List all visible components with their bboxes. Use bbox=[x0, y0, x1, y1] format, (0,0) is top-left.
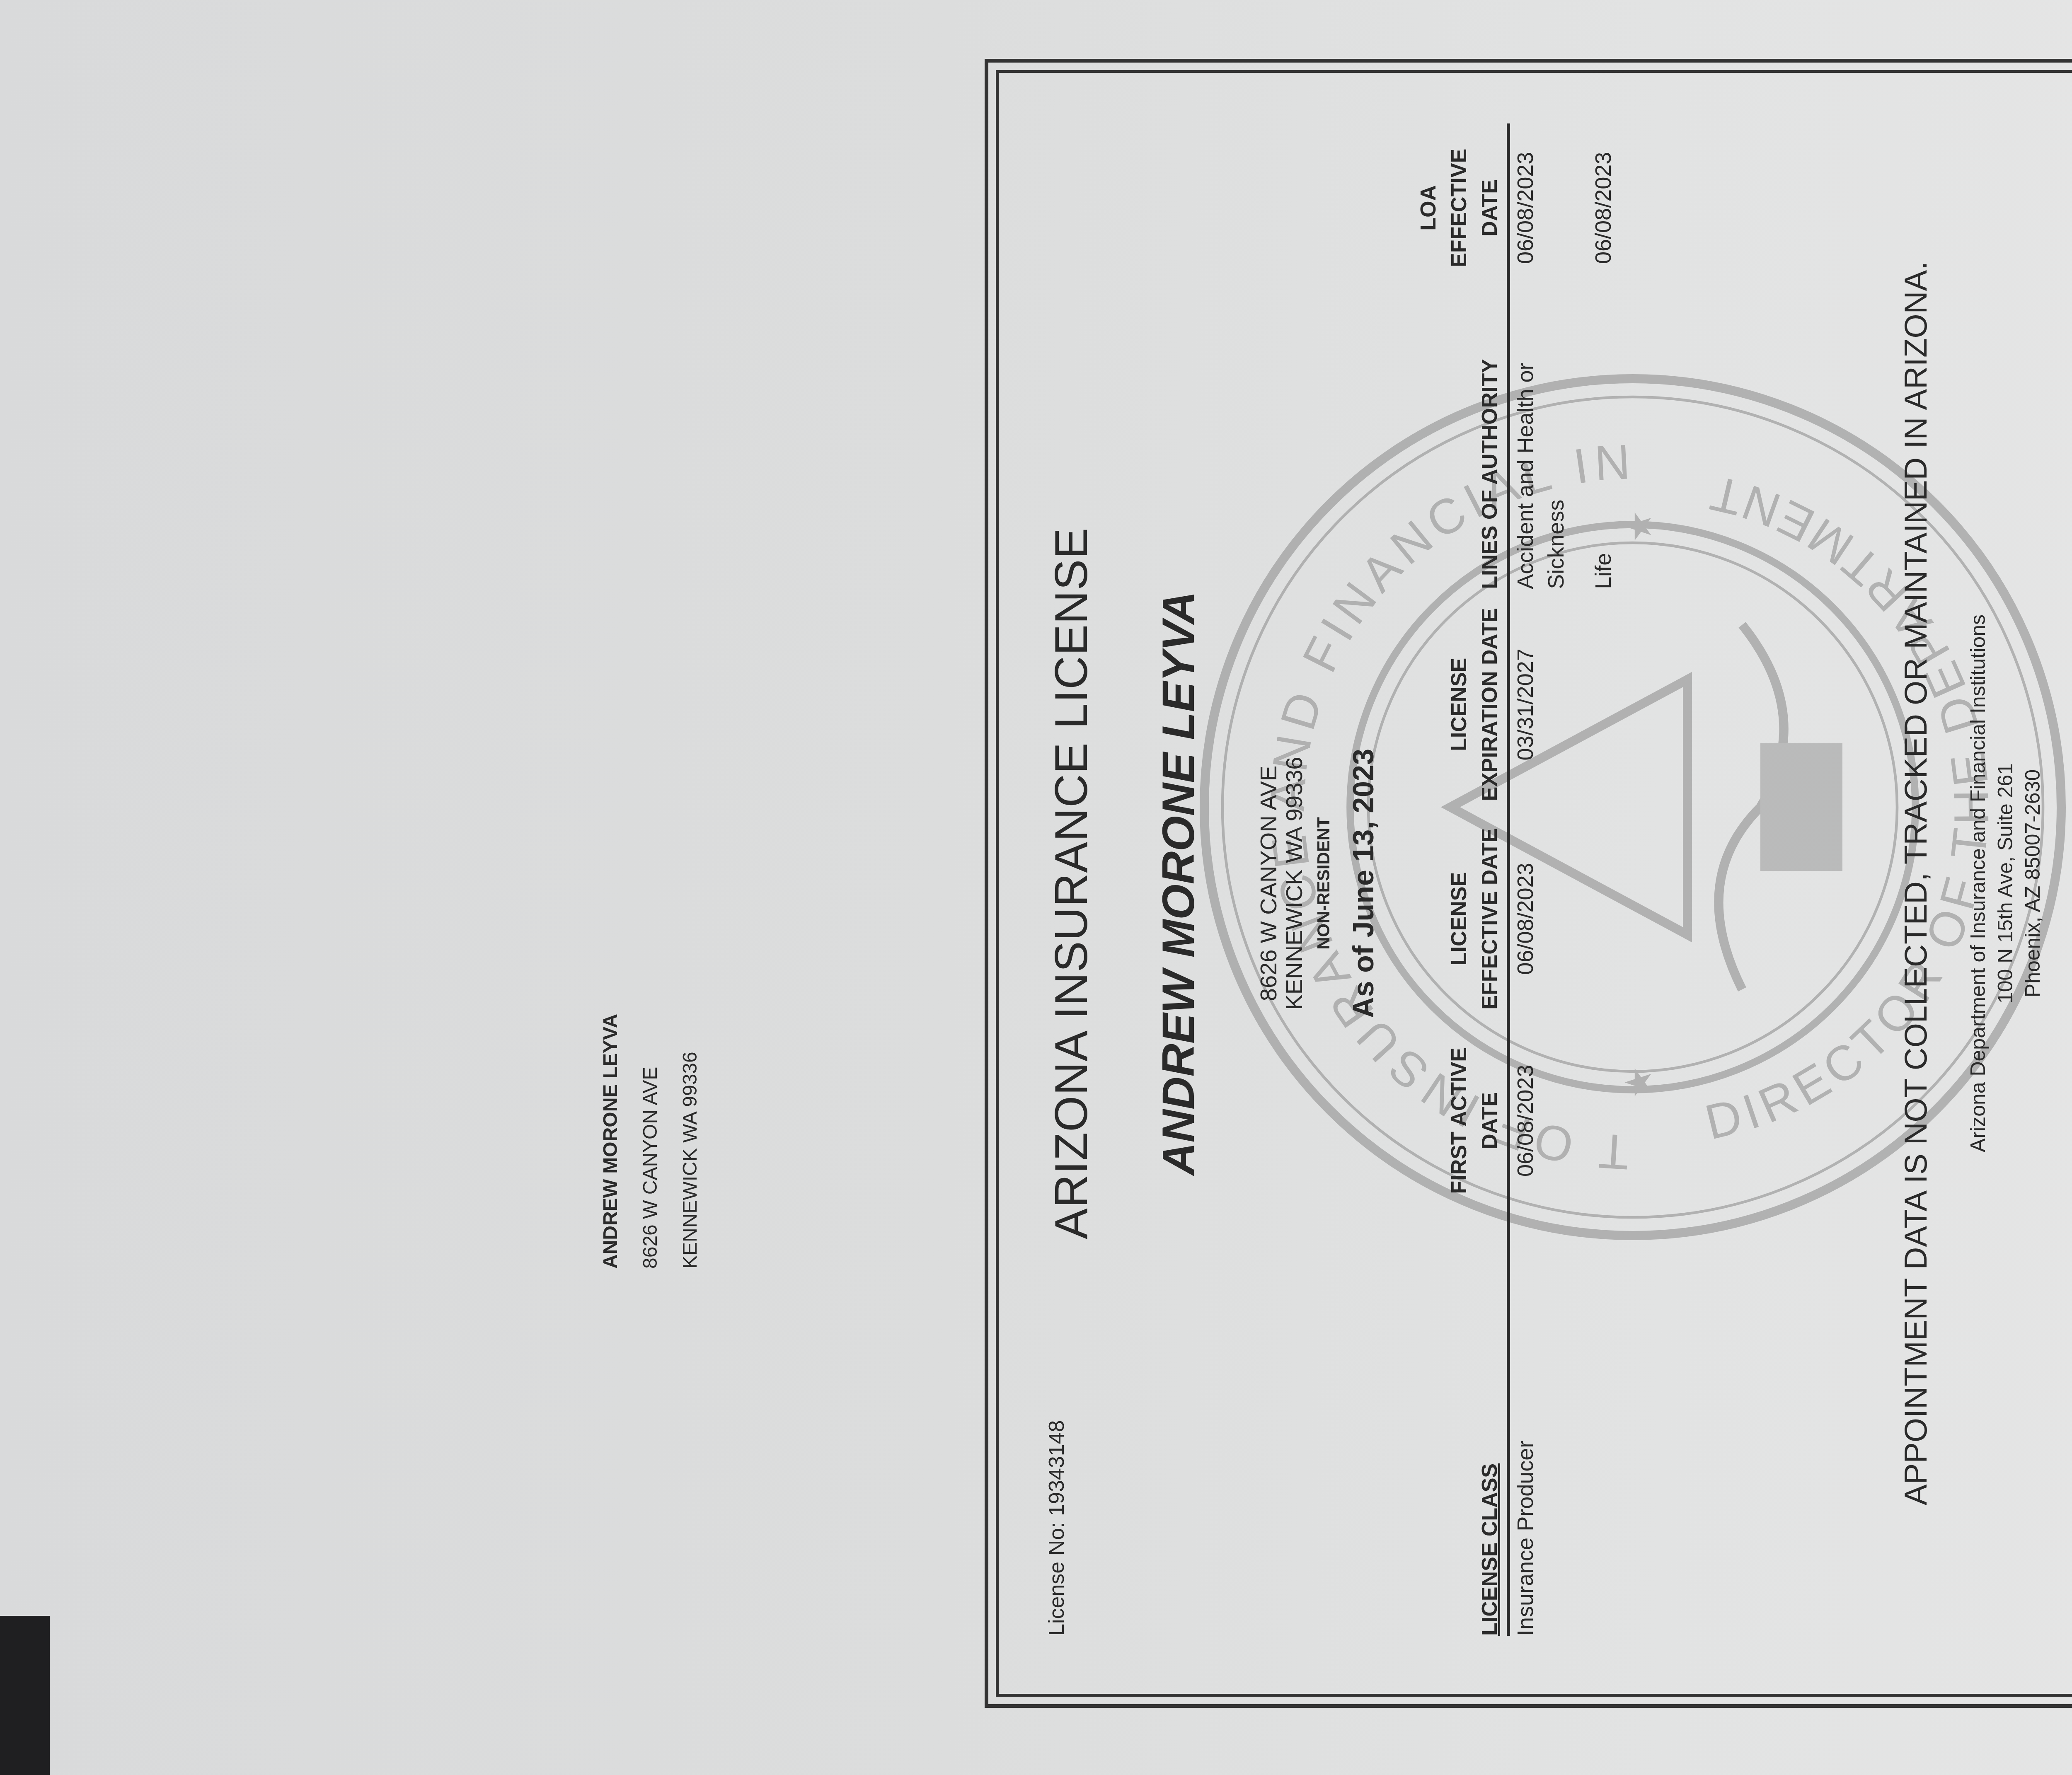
department-name: Arizona Department of Insurance and Fina… bbox=[1964, 73, 1992, 1694]
loa-item: Accident and Health or Sickness bbox=[1510, 293, 1571, 589]
header-lines-of-authority: LINES OF AUTHORITY bbox=[1474, 293, 1505, 597]
loa-effective-date: 06/08/2023 bbox=[1510, 123, 1541, 293]
department-address-line1: 100 N 15th Ave, Suite 261 bbox=[1992, 73, 2019, 1694]
header-license-expiration-date: LICENSE EXPIRATION DATE bbox=[1444, 597, 1505, 812]
license-document-page: ANDREW MORONE LEYVA 8626 W CANYON AVE KE… bbox=[31, 17, 2072, 1758]
license-certificate-inner-border: DEPARTMENT OF INSURANCE AND FINANCIAL IN… bbox=[996, 70, 2072, 1697]
header-loa-effective-date: LOA EFFECTIVE DATE bbox=[1413, 123, 1505, 293]
department-address-line2: Phoenix, AZ 85007-2630 bbox=[2019, 73, 2046, 1694]
department-address-footer: Arizona Department of Insurance and Fina… bbox=[1964, 73, 2046, 1694]
license-details-table: LICENSE CLASS FIRST ACTIVE DATE LICENSE … bbox=[1413, 123, 1666, 1636]
mailing-address-line1: 8626 W CANYON AVE bbox=[631, 1014, 670, 1269]
cell-license-effective-date: 06/08/2023 bbox=[1510, 812, 1541, 1026]
license-certificate-frame: DEPARTMENT OF INSURANCE AND FINANCIAL IN… bbox=[985, 59, 2072, 1708]
document-title: ARIZONA INSURANCE LICENSE bbox=[1044, 73, 1098, 1694]
cell-license-class: Insurance Producer bbox=[1510, 1216, 1541, 1636]
license-holder-name: ANDREW MORONE LEYVA bbox=[1152, 73, 1205, 1694]
license-holder-address: 8626 W CANYON AVE KENNEWICK WA 99336 bbox=[1256, 73, 1307, 1694]
cell-license-expiration-date: 03/31/2027 bbox=[1510, 597, 1541, 812]
table-row: Insurance Producer 06/08/2023 06/08/2023… bbox=[1510, 123, 1666, 1636]
appointment-disclaimer: APPOINTMENT DATA IS NOT COLLECTED, TRACK… bbox=[1898, 73, 1934, 1694]
cell-loa-effective-dates: 06/08/2023 06/08/2023 bbox=[1510, 123, 1666, 293]
as-of-date: As of June 13, 2023 bbox=[1347, 73, 1380, 1694]
residency-status: NON-RESIDENT bbox=[1314, 73, 1334, 1694]
header-first-active-date: FIRST ACTIVE DATE bbox=[1444, 1026, 1505, 1215]
loa-effective-date: 06/08/2023 bbox=[1588, 123, 1619, 293]
table-header-row: LICENSE CLASS FIRST ACTIVE DATE LICENSE … bbox=[1413, 123, 1510, 1636]
cell-lines-of-authority: Accident and Health or Sickness Life bbox=[1510, 293, 1635, 597]
header-license-effective-date: LICENSE EFFECTIVE DATE bbox=[1444, 812, 1505, 1026]
header-license-class: LICENSE CLASS bbox=[1474, 1216, 1505, 1636]
mailing-address-block: ANDREW MORONE LEYVA 8626 W CANYON AVE KE… bbox=[591, 1014, 710, 1269]
holder-address-line1: 8626 W CANYON AVE bbox=[1256, 73, 1281, 1694]
mailing-address-line2: KENNEWICK WA 99336 bbox=[670, 1014, 710, 1269]
svg-text:DIRECTOR OF THE DEPARTMENT: DIRECTOR OF THE DEPARTMENT bbox=[1700, 464, 1999, 1150]
seal-bottom-text: DIRECTOR OF THE DEPARTMENT bbox=[1700, 464, 1999, 1150]
holder-address-line2: KENNEWICK WA 99336 bbox=[1281, 73, 1307, 1694]
mailing-name: ANDREW MORONE LEYVA bbox=[591, 1014, 631, 1269]
loa-item: Life bbox=[1588, 293, 1619, 589]
cell-first-active-date: 06/08/2023 bbox=[1510, 1026, 1541, 1215]
